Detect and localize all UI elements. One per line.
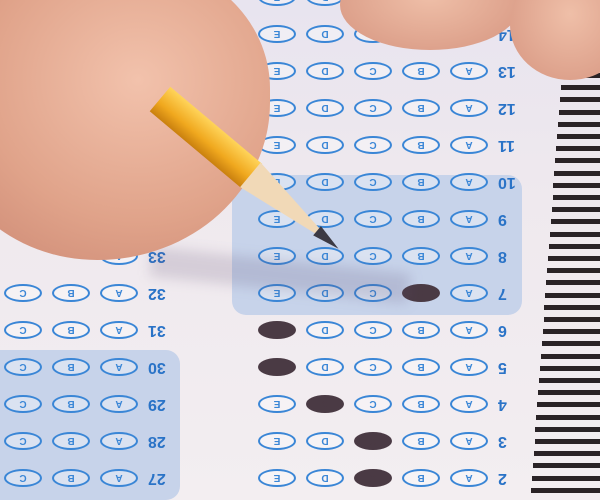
answer-bubble-a[interactable]: A: [100, 321, 138, 339]
answer-bubble-c[interactable]: C: [4, 432, 42, 450]
question-number: 10: [498, 173, 530, 191]
answer-bubble-c[interactable]: C: [354, 358, 392, 376]
answer-bubble-a[interactable]: A: [450, 136, 488, 154]
question-number: 27: [148, 469, 180, 487]
question-number: 11: [498, 136, 530, 154]
answer-bubble-a[interactable]: A: [450, 358, 488, 376]
question-row: 12ABCDE: [258, 98, 530, 118]
answer-bubble-b[interactable]: B: [52, 284, 90, 302]
answer-bubble-d[interactable]: D: [306, 469, 344, 487]
question-number: 4: [498, 395, 530, 413]
answer-bubble-d[interactable]: D: [306, 99, 344, 117]
question-number: 30: [148, 358, 180, 376]
answer-bubble-d[interactable]: D: [306, 321, 344, 339]
answer-bubble-c[interactable]: C: [4, 321, 42, 339]
answer-bubble-a[interactable]: A: [450, 173, 488, 191]
answer-bubble-b[interactable]: B: [402, 247, 440, 265]
answer-bubble-d[interactable]: D: [306, 358, 344, 376]
answer-bubble-e[interactable]: E: [258, 25, 296, 43]
answer-bubble-d[interactable]: D: [306, 25, 344, 43]
answer-bubble-b[interactable]: B: [402, 210, 440, 228]
question-row: 13ABCDE: [258, 61, 530, 81]
answer-bubble-d[interactable]: D: [306, 173, 344, 191]
answer-bubble-e[interactable]: E: [258, 432, 296, 450]
question-row: 5ABCDE: [258, 357, 530, 377]
answer-bubble-b[interactable]: B: [402, 99, 440, 117]
question-row: 6ABCDE: [258, 320, 530, 340]
answer-bubble-c[interactable]: C: [4, 395, 42, 413]
answer-bubble-d[interactable]: D: [306, 432, 344, 450]
answer-bubble-a[interactable]: A: [100, 358, 138, 376]
answer-bubble-b[interactable]: B: [402, 321, 440, 339]
question-number: 13: [498, 62, 530, 80]
answer-bubble-b[interactable]: B: [52, 469, 90, 487]
answer-bubble-c[interactable]: C: [4, 358, 42, 376]
answer-bubble-c[interactable]: C: [354, 173, 392, 191]
question-row: 30ABC: [4, 357, 180, 377]
answer-bubble-a[interactable]: A: [450, 395, 488, 413]
photo-scene: 2ABCDE3ABCDE4ABCDE5ABCDE6ABCDE7ABCDE8ABC…: [0, 0, 600, 500]
answer-bubble-a[interactable]: A: [100, 284, 138, 302]
answer-bubble-b[interactable]: B: [52, 358, 90, 376]
answer-bubble-e[interactable]: E: [258, 0, 296, 6]
answer-bubble-b[interactable]: B: [52, 432, 90, 450]
answer-bubble-d[interactable]: D: [306, 395, 344, 413]
question-row: 4ABCDE: [258, 394, 530, 414]
answer-bubble-a[interactable]: A: [100, 395, 138, 413]
question-row: 27ABC: [4, 468, 180, 488]
question-number: 7: [498, 284, 530, 302]
answer-bubble-a[interactable]: A: [450, 62, 488, 80]
answer-bubble-e[interactable]: E: [258, 469, 296, 487]
answer-bubble-c[interactable]: C: [354, 136, 392, 154]
answer-bubble-b[interactable]: B: [52, 395, 90, 413]
answer-bubble-a[interactable]: A: [450, 284, 488, 302]
question-row: 11ABCDE: [258, 135, 530, 155]
question-number: 5: [498, 358, 530, 376]
question-row: 28ABC: [4, 431, 180, 451]
question-number: 9: [498, 210, 530, 228]
answer-bubble-c[interactable]: C: [354, 321, 392, 339]
answer-bubble-b[interactable]: B: [402, 62, 440, 80]
question-row: 3ABCDE: [258, 431, 530, 451]
answer-bubble-e[interactable]: E: [258, 358, 296, 376]
answer-bubble-d[interactable]: D: [306, 136, 344, 154]
answer-bubble-d[interactable]: D: [306, 62, 344, 80]
answer-bubble-e[interactable]: E: [258, 321, 296, 339]
answer-bubble-b[interactable]: B: [402, 432, 440, 450]
answer-bubble-c[interactable]: C: [354, 62, 392, 80]
question-row: 31ABC: [4, 320, 180, 340]
question-number: 31: [148, 321, 180, 339]
answer-bubble-c[interactable]: C: [354, 210, 392, 228]
question-number: 28: [148, 432, 180, 450]
question-number: 32: [148, 284, 180, 302]
answer-bubble-b[interactable]: B: [402, 173, 440, 191]
answer-bubble-b[interactable]: B: [52, 321, 90, 339]
answer-bubble-c[interactable]: C: [4, 284, 42, 302]
answer-bubble-b[interactable]: B: [402, 469, 440, 487]
answer-bubble-a[interactable]: A: [100, 432, 138, 450]
question-number: 3: [498, 432, 530, 450]
answer-bubble-e[interactable]: E: [258, 395, 296, 413]
answer-bubble-d[interactable]: D: [306, 0, 344, 6]
answer-bubble-b[interactable]: B: [402, 395, 440, 413]
question-number: 8: [498, 247, 530, 265]
answer-bubble-a[interactable]: A: [450, 210, 488, 228]
answer-bubble-c[interactable]: C: [354, 469, 392, 487]
answer-bubble-a[interactable]: A: [100, 469, 138, 487]
question-number: 29: [148, 395, 180, 413]
question-row: 32ABC: [4, 283, 180, 303]
answer-bubble-a[interactable]: A: [450, 469, 488, 487]
question-number: 6: [498, 321, 530, 339]
answer-bubble-c[interactable]: C: [4, 469, 42, 487]
question-number: 2: [498, 469, 530, 487]
question-number: 12: [498, 99, 530, 117]
answer-bubble-c[interactable]: C: [354, 395, 392, 413]
answer-bubble-a[interactable]: A: [450, 432, 488, 450]
answer-bubble-a[interactable]: A: [450, 247, 488, 265]
answer-bubble-c[interactable]: C: [354, 432, 392, 450]
answer-bubble-b[interactable]: B: [402, 136, 440, 154]
answer-bubble-a[interactable]: A: [450, 321, 488, 339]
answer-bubble-c[interactable]: C: [354, 99, 392, 117]
question-row: 29ABC: [4, 394, 180, 414]
answer-bubble-b[interactable]: B: [402, 358, 440, 376]
answer-bubble-a[interactable]: A: [450, 99, 488, 117]
question-row: 2ABCDE: [258, 468, 530, 488]
